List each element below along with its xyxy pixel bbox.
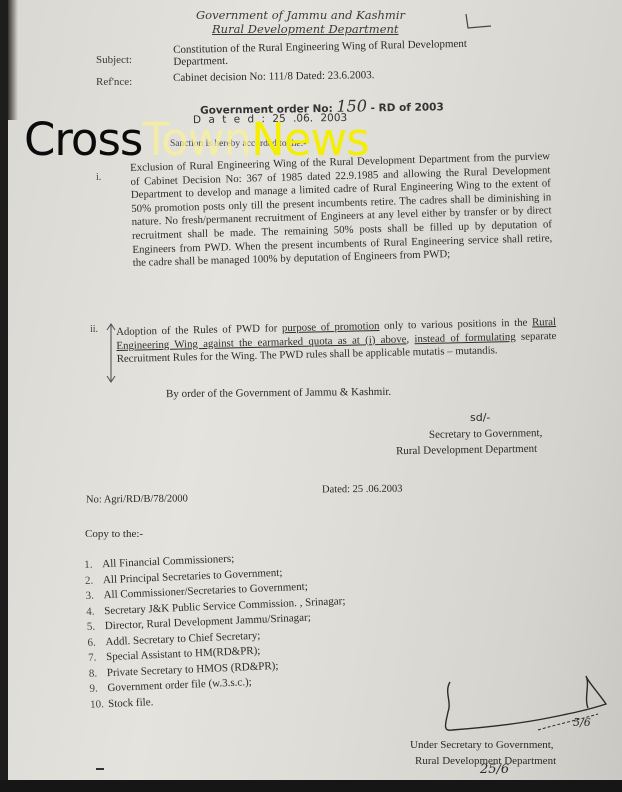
list-item-number: 10. bbox=[90, 697, 109, 713]
list-item-number: 2. bbox=[85, 573, 104, 589]
copy-recipient-list: 1.All Financial Commissioners; 2.All Pri… bbox=[84, 547, 350, 713]
secretary-title: Secretary to Government, bbox=[429, 427, 543, 441]
letterhead-department: Rural Development Department bbox=[212, 22, 399, 36]
bottom-dark-edge bbox=[0, 780, 622, 792]
subject-text: Constitution of the Rural Engineering Wi… bbox=[173, 38, 467, 68]
endorsement-dated: Dated: 25 .06.2003 bbox=[322, 484, 403, 496]
list-item-number: 7. bbox=[88, 650, 107, 666]
para-ii-underline-3: instead of formulating bbox=[414, 331, 515, 345]
list-item-number: 3. bbox=[85, 588, 104, 604]
handwritten-initials: 25/6 bbox=[440, 762, 560, 780]
copy-to-label: Copy to the:- bbox=[85, 528, 143, 540]
endorsement-number: No: Agri/RD/B/78/2000 bbox=[86, 493, 188, 505]
paragraph-i: Exclusion of Rural Engineering Wing of t… bbox=[130, 150, 553, 270]
order-suffix: - RD of 2003 bbox=[371, 101, 444, 114]
watermark-cross: Cross bbox=[24, 113, 142, 166]
list-item-number: 4. bbox=[86, 604, 105, 620]
paragraph-ii-numeral: ii. bbox=[90, 324, 98, 335]
para-ii-underline-1: purpose of promotion bbox=[282, 320, 380, 334]
handwritten-date: 5/6 bbox=[573, 716, 613, 736]
ink-mark bbox=[96, 768, 104, 770]
handwritten-tick-icon bbox=[463, 12, 493, 32]
list-item-number: 1. bbox=[84, 557, 103, 573]
signed-mark: sd/- bbox=[470, 411, 490, 424]
list-item-number: 6. bbox=[87, 635, 106, 651]
paragraph-ii: Adoption of the Rules of PWD for purpose… bbox=[116, 316, 557, 367]
reference-label: Ref'nce: bbox=[96, 76, 132, 88]
list-item-number: 9. bbox=[89, 681, 108, 697]
reference-text: Cabinet decision No: 111/8 Dated: 23.6.2… bbox=[173, 69, 375, 84]
list-item-text: Stock file. bbox=[108, 696, 154, 710]
paragraph-i-numeral: i. bbox=[96, 172, 101, 183]
letterhead-government: Government of Jammu and Kashmir bbox=[196, 8, 405, 22]
by-order-line: By order of the Government of Jammu & Ka… bbox=[166, 386, 391, 400]
secretary-department: Rural Development Department bbox=[396, 443, 537, 457]
document-page: Government of Jammu and Kashmir Rural De… bbox=[8, 0, 622, 780]
list-item-number: 5. bbox=[87, 619, 106, 635]
subject-label: Subject: bbox=[96, 54, 132, 66]
under-secretary-title: Under Secretary to Government, bbox=[410, 739, 554, 751]
list-item-number: 8. bbox=[89, 666, 108, 682]
page-edge-shadow bbox=[8, 0, 18, 120]
